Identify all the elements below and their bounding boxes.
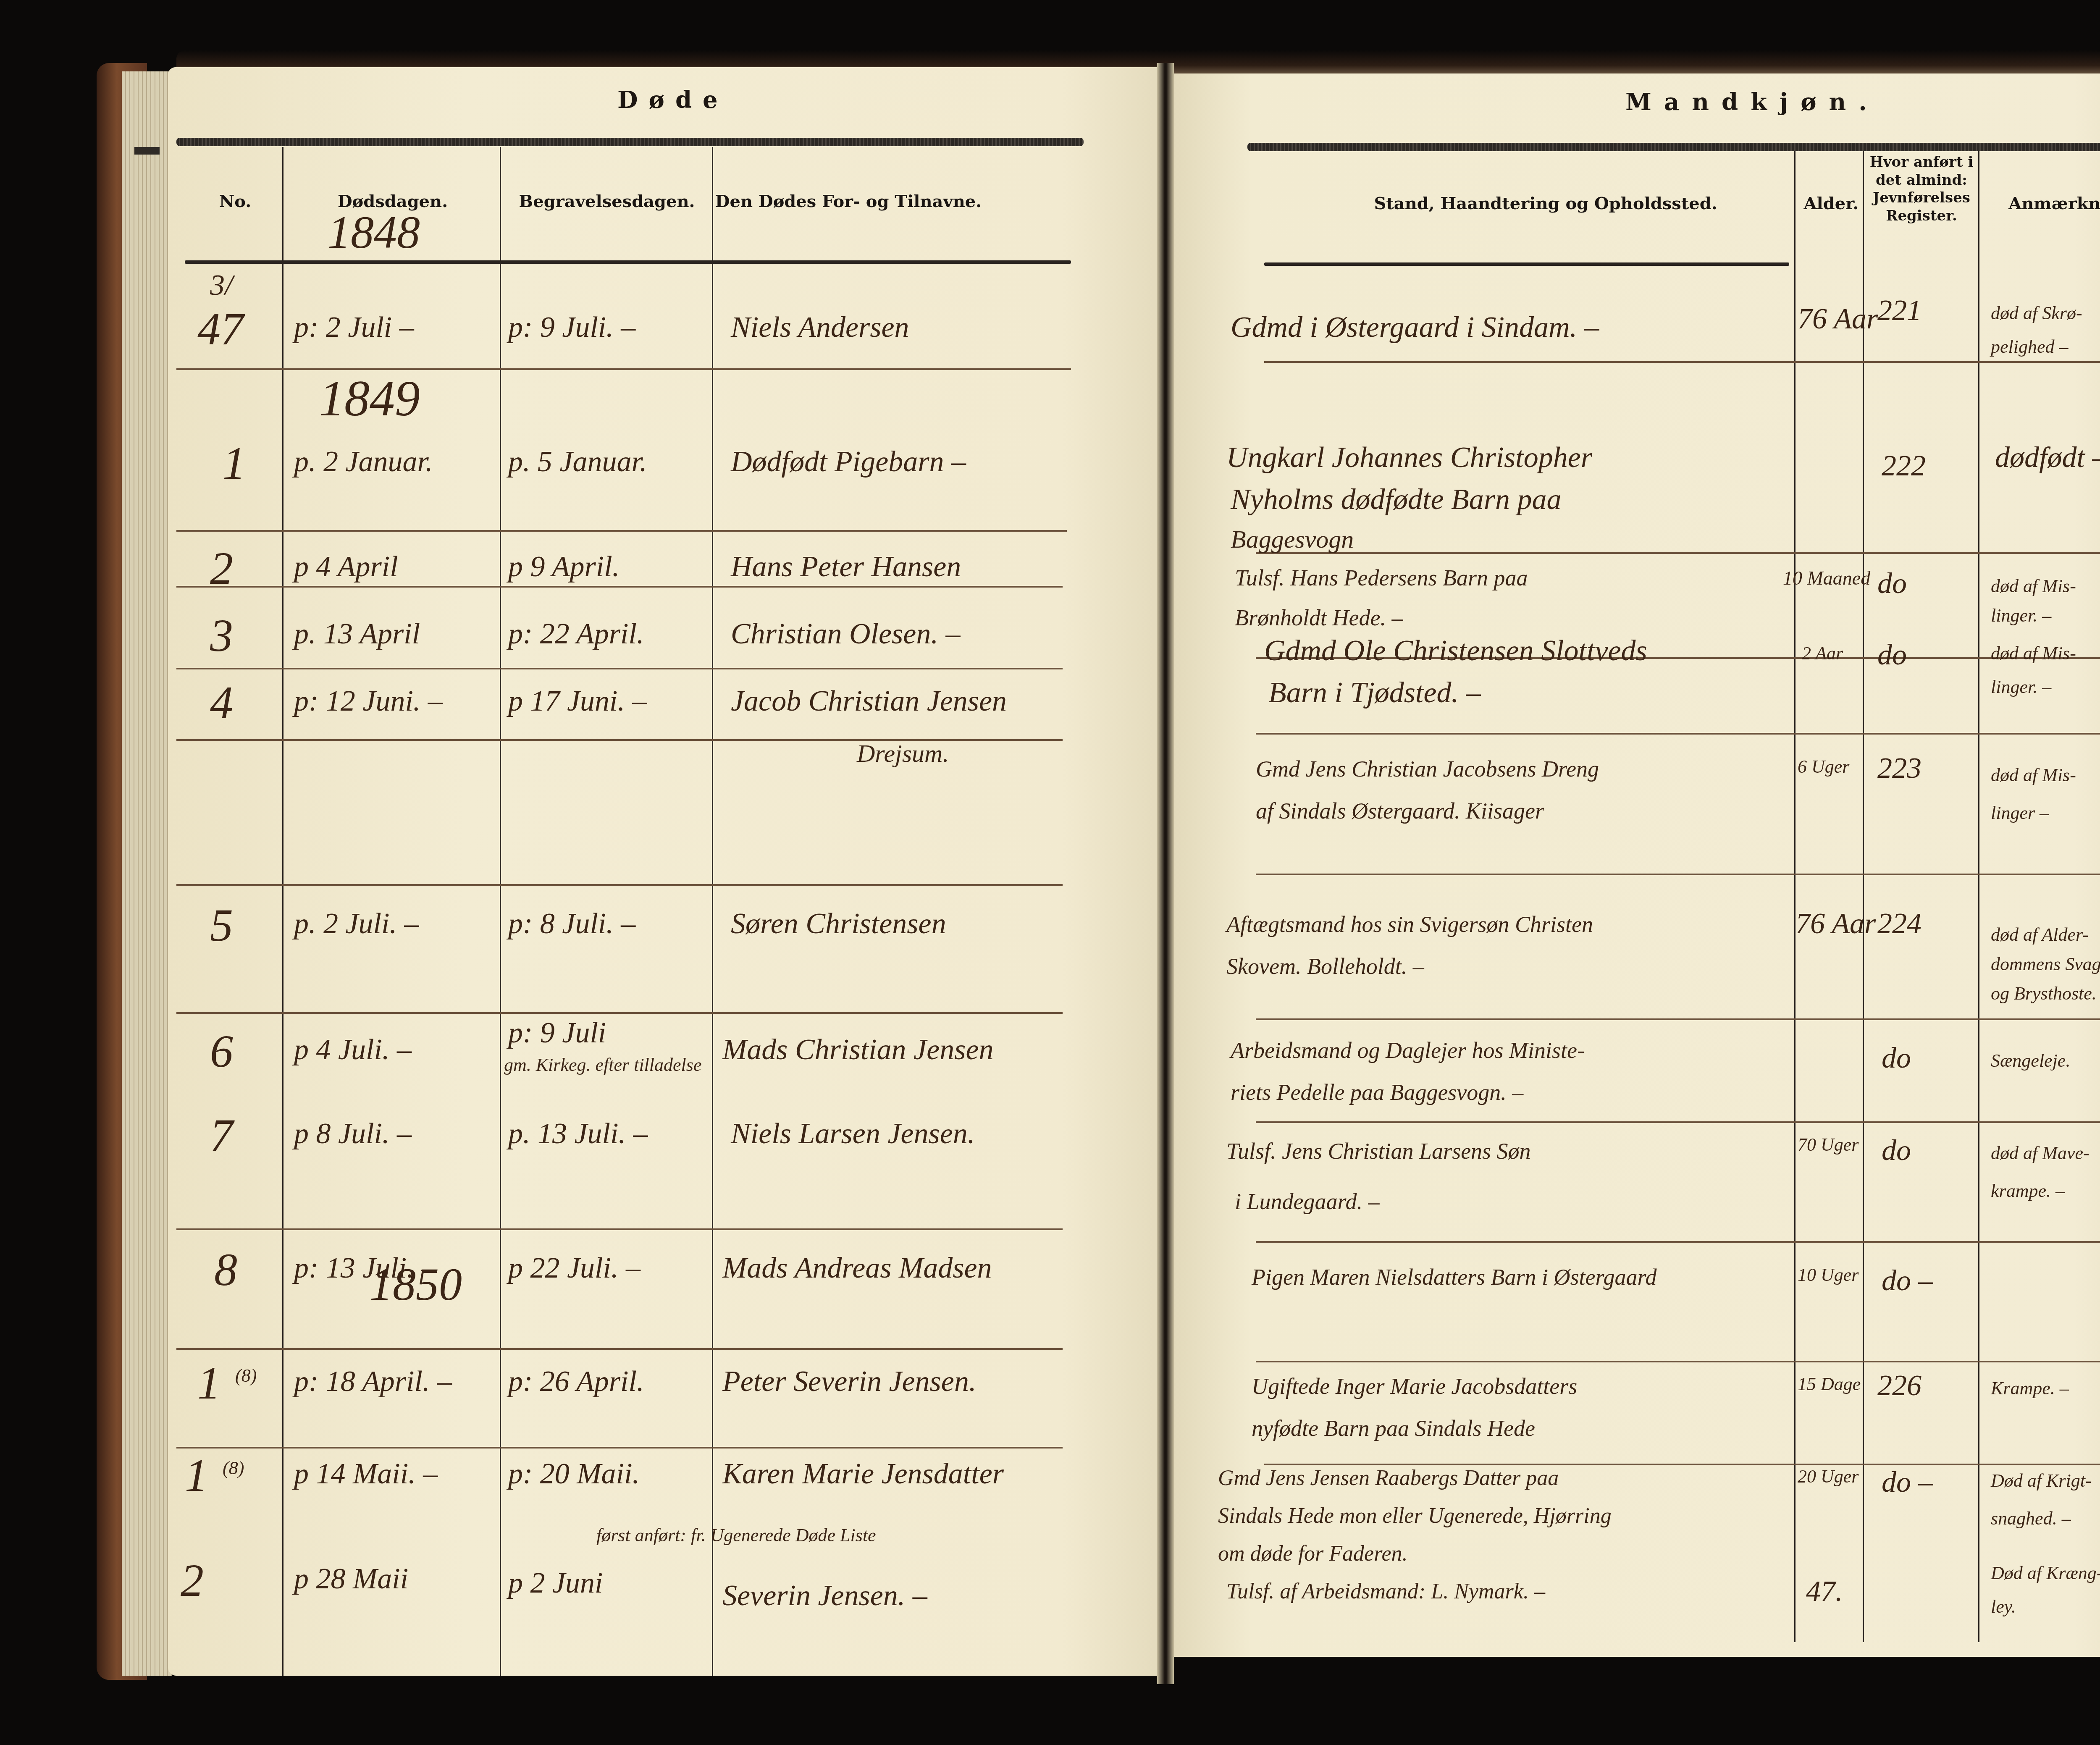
entry-name: Søren Christensen (731, 907, 946, 941)
entry-death-date: p. 13 April (294, 617, 420, 651)
entry-no: 3 (210, 609, 233, 662)
entry-burial-date: p. 5 Januar. (508, 445, 647, 479)
entry-status-line3: Baggesvogn (1231, 525, 1354, 554)
entry-register-ref: do (1877, 638, 1907, 672)
entry-death-date: p 4 Juli. – (294, 1033, 412, 1067)
left-row-rule (176, 586, 1063, 588)
entry-name: Hans Peter Hansen (731, 550, 961, 584)
entry-register-ref: 226 (1877, 1369, 1921, 1403)
entry-no: 1 (185, 1449, 208, 1502)
left-col-divider-3 (712, 147, 713, 1676)
entry-status-line1: Gdmd i Østergaard i Sindam. – (1231, 311, 1599, 344)
entry-remarks-line1: død af Alder- (1991, 924, 2089, 945)
entry-name: Karen Marie Jensdatter (722, 1457, 1004, 1491)
left-row-rule (176, 530, 1067, 532)
entry-death-date: p. 2 Januar. (294, 445, 433, 479)
entry-remarks-line1: Krampe. – (1991, 1378, 2069, 1399)
col-header-register: Hvor anført i det almind: Jevnførelses R… (1867, 153, 1976, 225)
entry-remarks-line1: død af Mis- (1991, 764, 2076, 786)
entry-register-ref: 223 (1877, 752, 1921, 785)
entry-status-line2: af Sindals Østergaard. Kiisager (1256, 798, 1544, 824)
entry-no: 2 (210, 542, 233, 595)
entry-status-line1: Gdmd Ole Christensen Slottveds (1264, 634, 1647, 668)
col-header-age: Alder. (1800, 193, 1863, 214)
entry-burial-date: p 17 Juni. – (508, 685, 647, 718)
entry-remarks-line2: dommens Svag- (1991, 953, 2100, 975)
entry-status-line1: Tulsf. Jens Christian Larsens Søn (1226, 1138, 1531, 1164)
entry-age: 10 Uger (1798, 1264, 1858, 1286)
right-row-rule (1256, 1361, 2100, 1362)
entry-death-date: p 8 Juli. – (294, 1117, 412, 1151)
entry-age: 2 Aar (1802, 643, 1843, 664)
entry-status-line2: nyfødte Barn paa Sindals Hede (1252, 1415, 1535, 1441)
right-row-rule (1256, 1241, 2100, 1243)
entry-death-date: p. 2 Juli. – (294, 907, 419, 941)
entry-remarks-line1: Sængeleje. (1991, 1050, 2070, 1071)
entry-remarks-line2: linger. – (1991, 605, 2051, 626)
entry-age: 10 Maaned (1783, 567, 1870, 589)
entry-death-date: p: 2 Juli – (294, 311, 414, 344)
right-row-rule (1256, 733, 2100, 735)
left-row-rule (176, 1228, 1063, 1230)
entry-burial-date: p. 13 Juli. – (508, 1117, 648, 1151)
entry-remarks-line2: snaghed. – (1991, 1508, 2071, 1529)
entry-register-ref: do (1877, 567, 1907, 601)
entry-name: Niels Andersen (731, 311, 909, 344)
entry-status-line1: Gmd Jens Christian Jacobsens Dreng (1256, 756, 1599, 782)
entry-no: 2 (181, 1554, 204, 1607)
entry-burial-date: p: 9 Juli (508, 1016, 606, 1050)
entry-status-line1: Ungkarl Johannes Christopher (1226, 441, 1592, 475)
entry-status-line2: Brønholdt Hede. – (1235, 605, 1403, 631)
right-col-divider-register (1863, 151, 1864, 1642)
left-row-rule (176, 368, 1071, 370)
entry-register-ref: do (1882, 1042, 1911, 1075)
col-header-name: Den Dødes For- og Tilnavne. (714, 191, 983, 212)
right-row-rule (1256, 552, 2100, 554)
entry-remarks-line2: linger – (1991, 802, 2049, 824)
entry-no: 47 (197, 302, 244, 356)
entry-remarks-line1: Død af Krigt- (1991, 1470, 2092, 1491)
entry-burial-date: p 9 April. (508, 550, 619, 584)
entry-no-note: (8) (235, 1365, 257, 1386)
left-col-divider-2 (500, 147, 501, 1676)
entry-remarks-line1: dødfødt – (1995, 441, 2100, 475)
left-row-rule (176, 1348, 1063, 1350)
left-row-rule (176, 668, 1063, 669)
entry-status-line1: Arbeidsmand og Daglejer hos Ministe- (1231, 1037, 1585, 1063)
entry-burial-note: først anført: fr. Ugenerede Døde Liste (596, 1525, 876, 1546)
entry-remarks-line1: død af Mis- (1991, 575, 2076, 597)
entry-register-ref: do – (1882, 1466, 1933, 1499)
entry-status-line2: Sindals Hede mon eller Ugenerede, Hjørri… (1218, 1504, 1612, 1528)
right-col-divider-age (1794, 151, 1795, 1642)
entry-status-line1: Aftægtsmand hos sin Svigersøn Christen (1226, 911, 1593, 937)
entry-death-date: p: 18 April. – (294, 1365, 452, 1399)
right-header-bottom-rule (1264, 262, 1789, 266)
entry-register-ref: 221 (1877, 294, 1921, 328)
entry-name: Mads Christian Jensen (722, 1033, 994, 1067)
entry-burial-date: p 22 Juli. – (508, 1252, 640, 1285)
entry-name: Mads Andreas Madsen (722, 1252, 992, 1285)
entry-no-prefix: 3/ (210, 269, 233, 302)
entry-status-line1: Tulsf. af Arbeidsmand: L. Nymark. – (1226, 1579, 1545, 1604)
right-row-rule (1256, 874, 2100, 875)
entry-name: Niels Larsen Jensen. (731, 1117, 975, 1151)
left-row-rule (176, 1447, 1063, 1448)
entry-no: 7 (210, 1109, 233, 1162)
entry-burial-date: p: 8 Juli. – (508, 907, 635, 941)
left-row-rule (176, 1012, 1063, 1014)
entry-status-line3: om døde for Faderen. (1218, 1541, 1408, 1566)
entry-status-line2: riets Pedelle paa Baggesvogn. – (1231, 1079, 1523, 1105)
entry-remarks-line2: pelighed – (1991, 336, 2068, 357)
entry-register-ref: 224 (1877, 907, 1921, 941)
entry-burial-date: p 2 Juni (508, 1567, 603, 1600)
book-gutter (1157, 63, 1174, 1684)
entry-death-date: p: 13 Juli. – (294, 1252, 436, 1285)
entry-remarks-line1: Død af Kræng- (1991, 1562, 2100, 1584)
entry-burial-date: p: 22 April. (508, 617, 644, 651)
entry-death-date: p 28 Maii (294, 1562, 408, 1596)
entry-name: Peter Severin Jensen. (722, 1365, 976, 1399)
entry-no: 1 (197, 1357, 220, 1410)
entry-remarks-line2: krampe. – (1991, 1180, 2065, 1202)
entry-age: 76 Aar (1798, 302, 1878, 336)
entry-register-ref: 222 (1882, 449, 1926, 483)
entry-death-date: p: 12 Juni. – (294, 685, 443, 718)
right-row-rule (1264, 361, 2100, 363)
entry-age: 15 Dage (1798, 1373, 1861, 1395)
entry-status-line1: Tulsf. Hans Pedersens Barn paa (1235, 565, 1528, 591)
col-header-status: Stand, Haandtering og Opholdssted. (1302, 193, 1789, 214)
entry-register-ref: do (1882, 1134, 1911, 1168)
entry-name: Jacob Christian Jensen (731, 685, 1007, 718)
year-mark-1849: 1849 (319, 370, 420, 428)
left-header-top-rule (176, 138, 1084, 146)
stacked-page-rule (134, 147, 160, 155)
page-stack-edges (122, 71, 172, 1676)
entry-status-line2: Barn i Tjødsted. – (1268, 676, 1481, 710)
year-mark-1848: 1848 (328, 206, 420, 259)
entry-status-line2: Nyholms dødfødte Barn paa (1231, 483, 1561, 517)
col-header-remarks: Anmærkning. (1982, 193, 2100, 214)
right-row-rule (1256, 1018, 2100, 1020)
entry-status-line1: Pigen Maren Nielsdatters Barn i Østergaa… (1252, 1264, 1656, 1290)
entry-status-line2: Skovem. Bolleholdt. – (1226, 953, 1424, 979)
entry-register-ref: do – (1882, 1264, 1933, 1298)
entry-no-note: (8) (223, 1457, 244, 1479)
entry-burial-date: p: 9 Juli. – (508, 311, 635, 344)
entry-name: Christian Olesen. – (731, 617, 960, 651)
entry-remarks-line1: død af Skrø- (1991, 302, 2082, 324)
entry-remarks-line2: linger. – (1991, 676, 2051, 698)
left-header-bottom-rule (185, 260, 1071, 264)
right-header-top-rule (1247, 143, 2100, 151)
entry-death-date: p 14 Maii. – (294, 1457, 438, 1491)
right-row-rule (1264, 1464, 2100, 1465)
entry-name: Dødfødt Pigebarn – (731, 445, 966, 479)
left-col-divider-1 (282, 147, 283, 1676)
entry-age: 70 Uger (1798, 1134, 1858, 1155)
entry-no: 6 (210, 1025, 233, 1078)
entry-burial-note: gm. Kirkeg. efter tilladelse (504, 1054, 701, 1076)
entry-remarks-line1: død af Mave- (1991, 1142, 2089, 1164)
entry-name: Severin Jensen. – (722, 1579, 927, 1613)
entry-age: 47. (1806, 1575, 1843, 1609)
entry-age: 6 Uger (1798, 756, 1849, 777)
entry-status-line1: Gmd Jens Jensen Raabergs Datter paa (1218, 1466, 1559, 1490)
entry-status-line2: i Lundegaard. – (1235, 1189, 1380, 1215)
entry-status-line1: Ugiftede Inger Marie Jacobsdatters (1252, 1373, 1577, 1399)
entry-no: 1 (223, 437, 246, 490)
entry-burial-date: p: 26 April. (508, 1365, 644, 1399)
entry-no: 5 (210, 899, 233, 952)
entry-no: 8 (214, 1243, 237, 1296)
entry-remarks-line1: død af Mis- (1991, 643, 2076, 664)
col-header-burial-date: Begravelsesdagen. (502, 191, 712, 212)
entry-remarks-line3: og Brysthoste. (1991, 983, 2097, 1004)
left-row-rule (176, 884, 1063, 886)
entry-death-date: p 4 April (294, 550, 398, 584)
entry-burial-date: p: 20 Maii. (508, 1457, 640, 1491)
entry-age: 76 Aar (1795, 907, 1876, 941)
right-col-divider-remarks (1978, 151, 1979, 1642)
col-header-no: No. (197, 191, 273, 212)
left-page (168, 67, 1161, 1676)
left-page-title: Døde (617, 86, 729, 114)
entry-name-line2: Drejsum. (857, 739, 949, 768)
right-row-rule (1256, 1121, 2100, 1123)
entry-no: 4 (210, 676, 233, 729)
entry-age: 20 Uger (1798, 1466, 1858, 1487)
right-page-title: Mandkjøn. (1625, 88, 1879, 116)
entry-remarks-line2: ley. (1991, 1596, 2016, 1617)
